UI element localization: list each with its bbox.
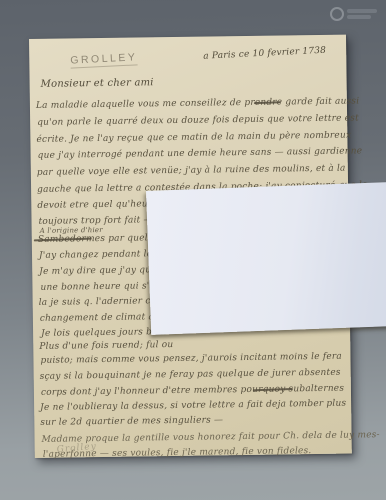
blank-cover-sheet xyxy=(146,182,386,335)
manuscript-line: changement de climat a l xyxy=(40,312,160,324)
manuscript-line: Je ne l'oublieray la dessus, si votre le… xyxy=(40,399,346,414)
manuscript-line: puisto; mais comme vous pensez, j'aurois… xyxy=(40,352,342,367)
letter-dateline: a Paris ce 10 fevrier 1738 xyxy=(203,46,326,63)
manuscript-line: sçay si la bouquinant je ne feray pas qu… xyxy=(40,368,341,383)
manuscript-line: qu'on parle le quarré deux ou douze fois… xyxy=(37,113,359,128)
magnifier-icon xyxy=(330,7,344,21)
manuscript-line: Plus d'une fois ruend; ful ou xyxy=(39,340,173,353)
manuscript-line: par quelle voye elle est venüe; j'ay à l… xyxy=(37,164,346,179)
manuscript-line: que j'ay interrogé pendant une demie heu… xyxy=(38,146,363,161)
pencil-annotation: GROLLEY xyxy=(70,51,138,68)
watermark-text-blur xyxy=(347,15,371,19)
manuscript-line: La maladie alaquelle vous me conseillez … xyxy=(36,96,359,111)
photo-background: GROLLEY a Paris ce 10 fevrier 1738 Monsi… xyxy=(0,0,386,500)
manuscript-line: la je suis q. l'adernier chan xyxy=(39,296,169,309)
manuscript-line: Je lois quelques jours bien xyxy=(41,327,167,340)
watermark-zoom-button[interactable] xyxy=(330,5,380,23)
watermark-text-blur xyxy=(347,9,377,13)
manuscript-line: écrite. Je ne l'ay reçue que ce matin de… xyxy=(36,131,351,146)
manuscript-line: corps dont j'ay l'honneur d'etre membres… xyxy=(41,384,344,399)
manuscript-line: sur le 2d quartier de mes singuliers — xyxy=(40,415,223,428)
manuscript-line: une bonne heure qui s'a xyxy=(40,281,155,293)
letter-salutation: Monsieur et cher ami xyxy=(41,77,154,91)
